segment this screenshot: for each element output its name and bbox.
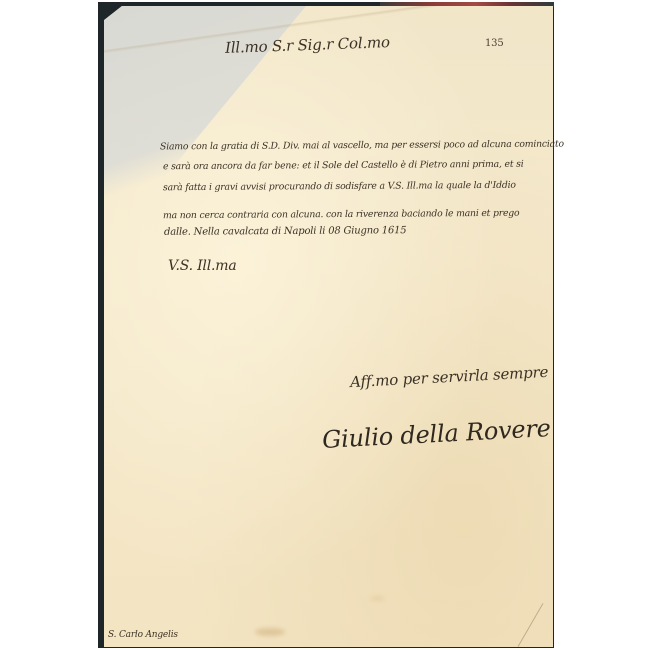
ink-stain xyxy=(255,628,285,636)
body-line: dalle. Nella cavalcata di Napoli li 08 G… xyxy=(164,225,406,238)
manuscript-paper xyxy=(104,6,553,647)
paper-stain xyxy=(370,596,384,601)
address-note: S. Carlo Angelis xyxy=(108,630,178,640)
scan-canvas: Ill.mo S.r Sig.r Col.mo 135 Siamo con la… xyxy=(0,0,650,650)
folio-number: 135 xyxy=(485,38,504,49)
closing-address: V.S. Ill.ma xyxy=(168,258,236,274)
